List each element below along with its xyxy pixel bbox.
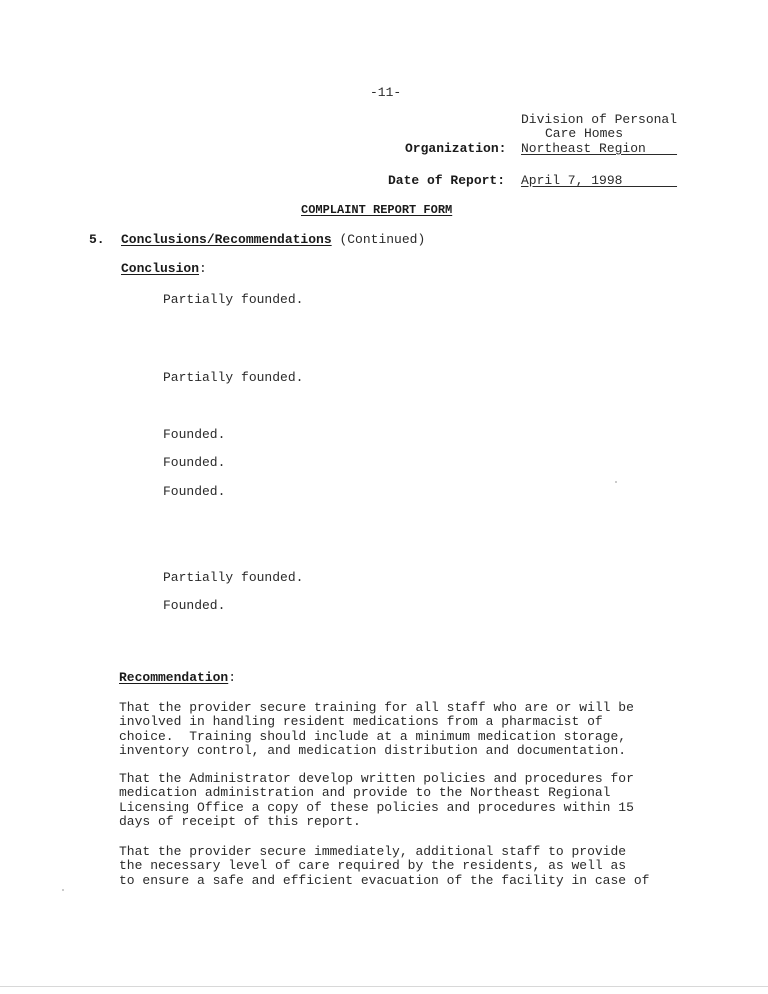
division-line-2: Care Homes xyxy=(545,127,623,141)
section-number: 5. xyxy=(89,233,105,247)
section-title: Conclusions/Recommendations xyxy=(121,232,332,247)
recommendation-paragraph: That the provider secure training for al… xyxy=(119,701,679,758)
recommendation-label: Recommendation xyxy=(119,670,228,685)
conclusion-item: Founded. xyxy=(163,428,225,442)
division-line-1: Division of Personal xyxy=(521,113,677,127)
conclusion-item: Founded. xyxy=(163,485,225,499)
date-of-report-value: April 7, 1998 xyxy=(521,174,677,188)
form-title: COMPLAINT REPORT FORM xyxy=(301,203,452,217)
conclusion-item: Partially founded. xyxy=(163,371,303,385)
recommendation-paragraph: That the Administrator develop written p… xyxy=(119,772,679,829)
organization-label: Organization: xyxy=(405,142,506,156)
scan-speck xyxy=(62,889,64,891)
conclusion-item: Partially founded. xyxy=(163,571,303,585)
date-of-report-label: Date of Report: xyxy=(388,174,505,188)
conclusion-colon: : xyxy=(199,261,207,276)
recommendation-colon: : xyxy=(228,670,236,685)
conclusion-item: Founded. xyxy=(163,456,225,470)
scan-edge-line xyxy=(0,986,768,987)
conclusion-heading: Conclusion: xyxy=(121,262,207,276)
scan-speck xyxy=(615,481,617,483)
conclusion-label: Conclusion xyxy=(121,261,199,276)
recommendation-heading: Recommendation: xyxy=(119,671,236,685)
page-number: -11- xyxy=(370,86,401,100)
conclusion-item: Partially founded. xyxy=(163,293,303,307)
conclusion-item: Founded. xyxy=(163,599,225,613)
organization-value: Northeast Region xyxy=(521,142,677,156)
section-heading: Conclusions/Recommendations (Continued) xyxy=(121,233,425,247)
section-suffix: (Continued) xyxy=(332,232,426,247)
recommendation-paragraph: That the provider secure immediately, ad… xyxy=(119,845,679,888)
